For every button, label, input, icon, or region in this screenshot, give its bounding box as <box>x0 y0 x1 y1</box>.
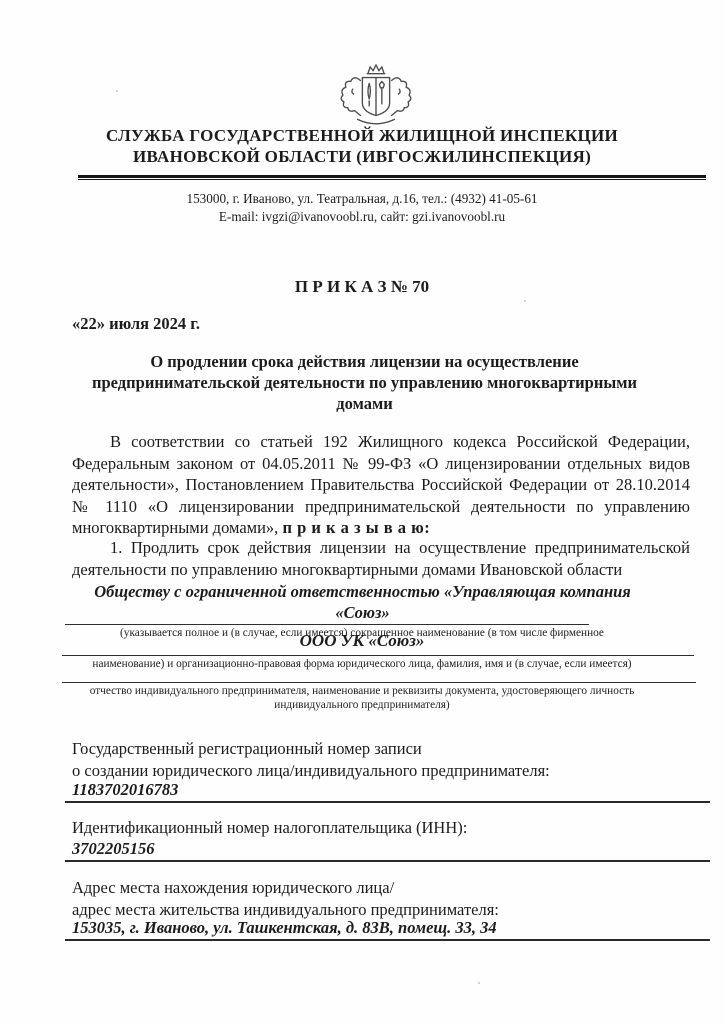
inn-value: 3702205156 <box>65 839 710 862</box>
caption-entrepreneur: отчество индивидуального предпринимателя… <box>62 685 662 713</box>
legal-address-value: 153035, г. Иваново, ул. Ташкентская, д. … <box>65 918 710 941</box>
organization-name-line2: ИВАНОВСКОЙ ОБЛАСТИ (ИВГОСЖИЛИНСПЕКЦИЯ) <box>62 147 662 168</box>
order-date: «22» июля 2024 г. <box>72 314 200 334</box>
ogrn-label: Государственный регистрационный номер за… <box>72 738 550 781</box>
order-item-1: 1. Продлить срок действия лицензии на ос… <box>72 537 690 580</box>
postal-address: 153000, г. Иваново, ул. Театральная, д.1… <box>62 190 662 208</box>
scan-speckle <box>204 692 206 694</box>
legal-address-label-line1: Адрес места нахождения юридического лица… <box>72 877 499 899</box>
scan-speckle <box>524 300 526 302</box>
licensee-full-name: Обществу с ограниченной ответственностью… <box>90 581 635 623</box>
organization-name-line1: СЛУЖБА ГОСУДАРСТВЕННОЙ ЖИЛИЩНОЙ ИНСПЕКЦИ… <box>62 126 662 147</box>
licensee-short-name: ООО УК «Союз» <box>62 631 662 651</box>
organization-contacts: 153000, г. Иваново, ул. Театральная, д.1… <box>62 190 662 225</box>
caption-short-name: наименование) и организационно-правовая … <box>62 658 662 672</box>
form-line-3 <box>62 682 696 683</box>
scanned-order-document: СЛУЖБА ГОСУДАРСТВЕННОЙ ЖИЛИЩНОЙ ИНСПЕКЦИ… <box>0 0 724 1024</box>
email-site: E-mail: ivgzi@ivanovoobl.ru, сайт: gzi.i… <box>62 208 662 226</box>
ogrn-label-line1: Государственный регистрационный номер за… <box>72 738 550 760</box>
scan-speckle <box>660 436 662 438</box>
order-heading: П Р И К А З № 70 <box>62 277 662 297</box>
coat-of-arms-icon <box>327 62 425 134</box>
ogrn-label-line2: о создании юридического лица/индивидуаль… <box>72 760 550 782</box>
ogrn-value: 1183702016783 <box>65 780 710 803</box>
form-line-2 <box>62 655 694 656</box>
scan-speckle <box>116 90 118 92</box>
intro-paragraph: В соответствии со статьей 192 Жилищного … <box>72 431 690 539</box>
legal-address-label: Адрес места нахождения юридического лица… <box>72 877 499 920</box>
legal-address-label-line2: адрес места жительства индивидуального п… <box>72 899 499 921</box>
header-divider <box>78 175 706 184</box>
order-subject: О продлении срока действия лицензии на о… <box>72 351 657 414</box>
inn-label: Идентификационный номер налогоплательщик… <box>72 817 467 839</box>
scan-speckle <box>478 982 480 984</box>
decree-word: п р и к а з ы в а ю: <box>282 518 430 537</box>
form-line-1 <box>65 624 589 625</box>
organization-name: СЛУЖБА ГОСУДАРСТВЕННОЙ ЖИЛИЩНОЙ ИНСПЕКЦИ… <box>62 126 662 167</box>
